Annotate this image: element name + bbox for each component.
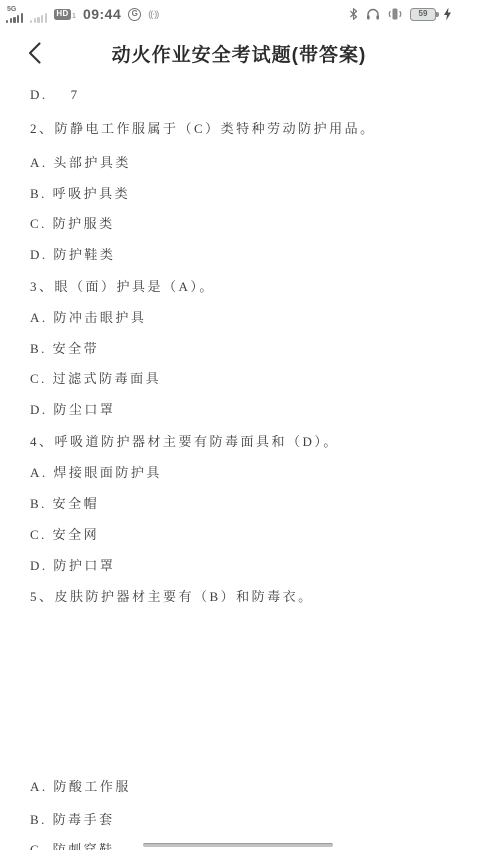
doc-line: B. 安全带 [30, 341, 99, 357]
doc-line: A. 防冲击眼护具 [30, 310, 146, 326]
doc-line: A. 防酸工作服 [30, 779, 131, 795]
doc-line: C. 防刺穿鞋 [30, 842, 115, 850]
doc-line: B. 防毒手套 [30, 812, 115, 828]
doc-line: D. 防护鞋类 [30, 247, 115, 263]
doc-line: A. 头部护具类 [30, 155, 131, 171]
app-screen: 5G HD 1 09:44 G ((·)) [0, 0, 478, 850]
doc-line: D. 防尘口罩 [30, 402, 115, 418]
horizontal-scrollbar[interactable] [143, 843, 333, 847]
doc-line: 2、防静电工作服属于（C）类特种劳动防护用品。 [30, 121, 376, 137]
doc-line: A. 焊接眼面防护具 [30, 465, 162, 481]
doc-line: C. 过滤式防毒面具 [30, 371, 161, 387]
doc-line: B. 呼吸护具类 [30, 186, 130, 202]
doc-line: 4、呼吸道防护器材主要有防毒面具和（D）。 [30, 434, 339, 450]
doc-line: D. 7 [30, 87, 80, 103]
doc-line: 5、皮肤防护器材主要有（B）和防毒衣。 [30, 589, 314, 605]
doc-line: D. 防护口罩 [30, 558, 115, 574]
doc-line: C. 安全网 [30, 527, 99, 543]
document-view[interactable]: D. 7 2、防静电工作服属于（C）类特种劳动防护用品。 A. 头部护具类 B.… [0, 0, 478, 850]
doc-line: C. 防护服类 [30, 216, 115, 232]
doc-line: 3、眼（面）护具是（A）。 [30, 279, 215, 295]
doc-line: B. 安全帽 [30, 496, 99, 512]
